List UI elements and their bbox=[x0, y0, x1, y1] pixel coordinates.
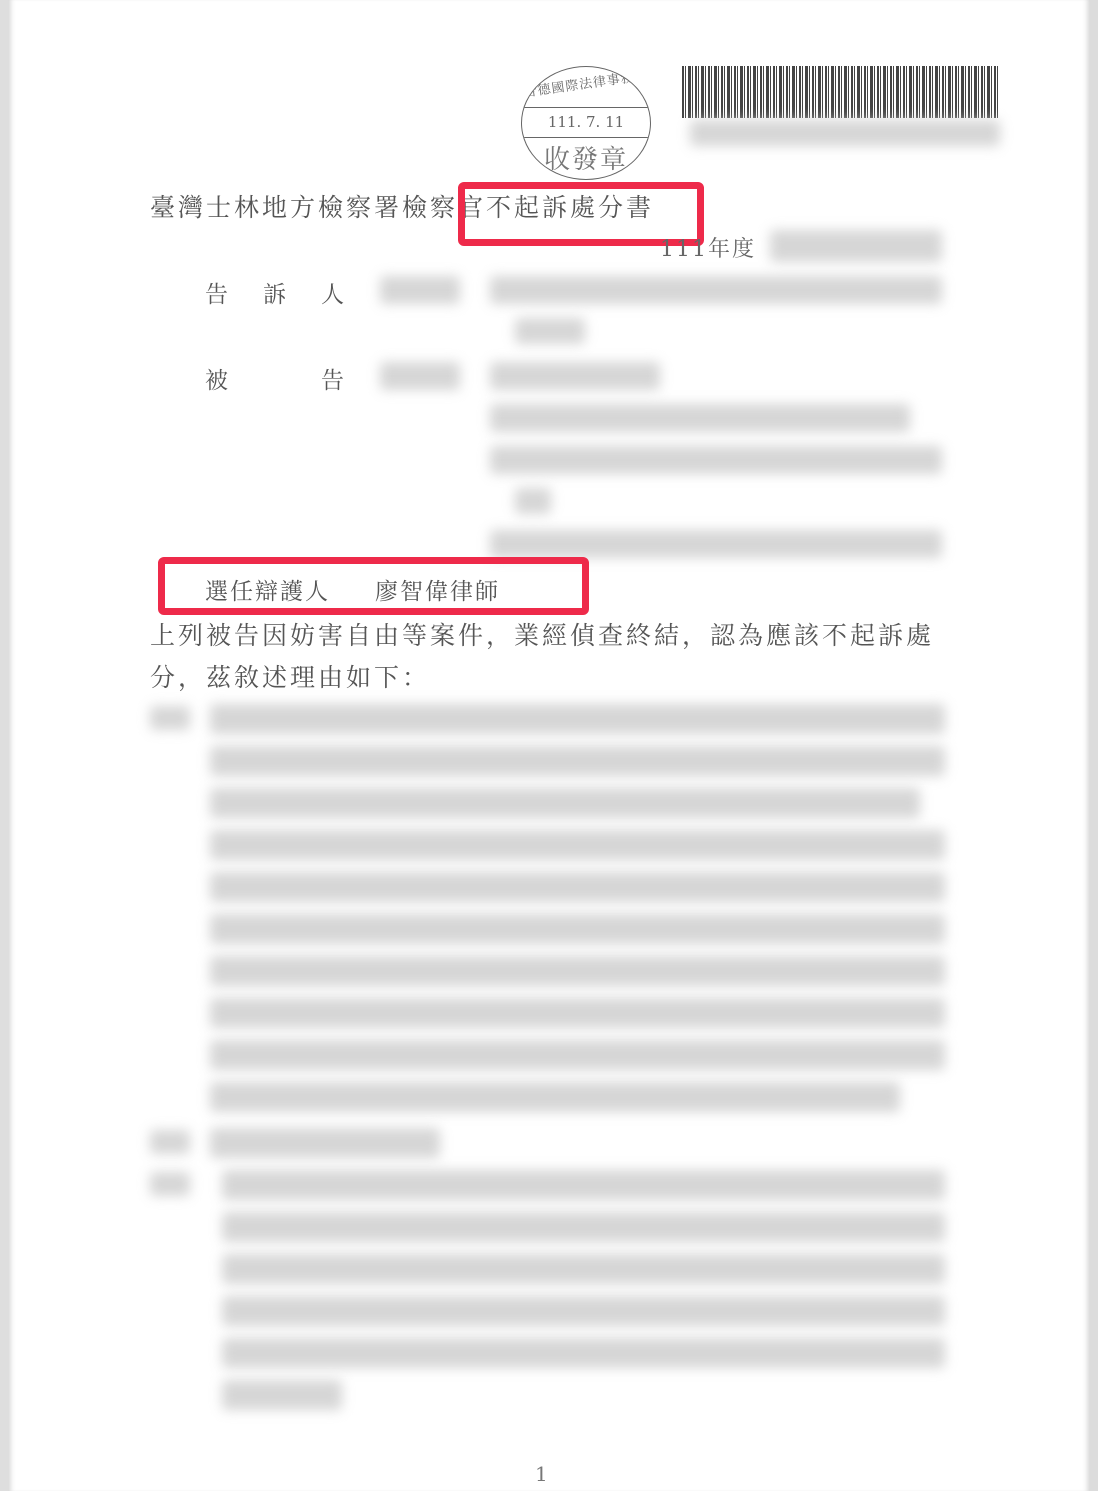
intro-line-1: 上列被告因妨害自由等案件，業經偵查終結，認為應該不起訴處 bbox=[150, 616, 934, 652]
redacted-body-line bbox=[210, 914, 945, 944]
left-page-edge bbox=[0, 0, 8, 1491]
redacted-body-line bbox=[210, 746, 945, 776]
redacted-complainant-name bbox=[380, 276, 460, 304]
redacted-body-line bbox=[210, 956, 945, 986]
redacted-complainant-address bbox=[515, 318, 585, 344]
redacted-body-line bbox=[210, 872, 945, 902]
party-role-defendant: 被 告 bbox=[205, 362, 350, 395]
receipt-stamp: 合德國際法律事務所 111. 7. 11 收發章 bbox=[521, 66, 651, 180]
redacted-body-line bbox=[222, 1338, 945, 1368]
highlight-box-counsel bbox=[158, 557, 589, 615]
redacted-defendant-info bbox=[490, 530, 942, 558]
redacted-defendant-address bbox=[515, 488, 551, 514]
redacted-body-line bbox=[222, 1170, 945, 1200]
redacted-body-line bbox=[210, 1082, 900, 1112]
redacted-complainant-address bbox=[490, 276, 942, 304]
party-role-complainant: 告 訴 人 bbox=[205, 276, 350, 309]
page-number: 1 bbox=[535, 1462, 548, 1486]
redacted-defendant-name bbox=[380, 362, 460, 390]
redacted-body-line bbox=[222, 1380, 342, 1410]
redacted-section-marker bbox=[150, 1130, 190, 1154]
intro-line-2: 分，茲敘述理由如下： bbox=[150, 658, 430, 694]
redacted-body-line bbox=[210, 998, 945, 1028]
redacted-body-line bbox=[210, 1128, 440, 1158]
redacted-section-marker bbox=[150, 1172, 190, 1196]
redacted-defendant-address bbox=[490, 446, 942, 474]
redacted-defendant-info bbox=[490, 404, 910, 432]
redacted-body-line bbox=[222, 1296, 945, 1326]
redacted-body-line bbox=[210, 1040, 945, 1070]
redacted-body-line bbox=[222, 1254, 945, 1284]
redacted-barcode-text bbox=[690, 120, 1000, 146]
stamp-divider bbox=[522, 137, 650, 138]
case-number: 111年度 bbox=[660, 232, 756, 263]
stamp-divider bbox=[522, 107, 650, 108]
barcode bbox=[682, 66, 998, 118]
redacted-body-line bbox=[210, 704, 945, 734]
redacted-case-number bbox=[770, 230, 942, 262]
redacted-body-line bbox=[222, 1212, 945, 1242]
redacted-section-marker bbox=[150, 706, 190, 730]
redacted-defendant-info bbox=[490, 362, 660, 390]
redacted-body-line bbox=[210, 788, 920, 818]
right-page-edge bbox=[1090, 0, 1098, 1491]
stamp-label: 收發章 bbox=[522, 139, 650, 176]
stamp-date: 111. 7. 11 bbox=[522, 113, 650, 131]
redacted-body-line bbox=[210, 830, 945, 860]
